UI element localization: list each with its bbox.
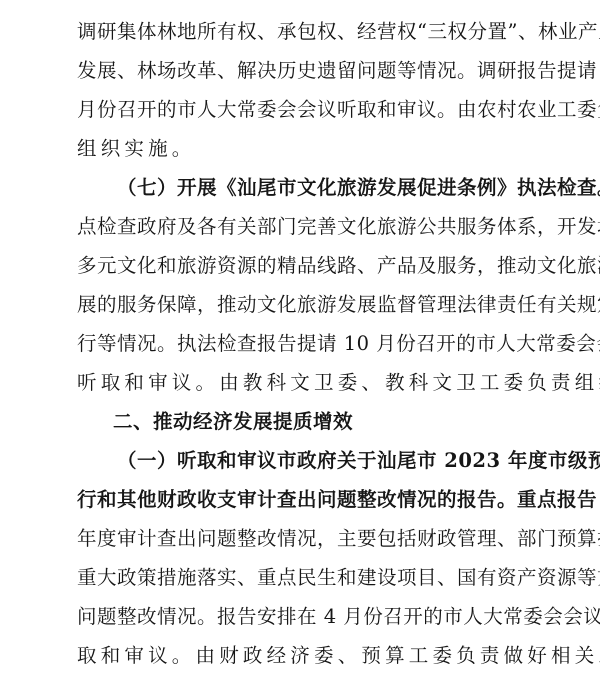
item-lead-line: （一）听取和审议市政府关于汕尾市 2023 年度市级预算执 <box>117 448 529 474</box>
text-line: 行等情况。执法检查报告提请 10 月份召开的市人大常委会会议 <box>77 331 529 357</box>
item-7-lead: （七）开展《汕尾市文化旅游发展促进条例》执法检查。重 <box>117 176 600 199</box>
text-line: 重大政策措施落实、重点民生和建设项目、国有资产资源等方面 <box>77 565 529 591</box>
item-1-lead: （一）听取和审议市政府关于汕尾市 2023 年度市级预算执 <box>117 449 600 472</box>
text-line: 月份召开的市人大常委会会议听取和审议。由农村农业工委负责 <box>77 97 529 123</box>
document-page: 调研集体林地所有权、承包权、经营权“三权分置”、林业产业 发展、林场改革、解决历… <box>0 0 600 699</box>
section-heading: 二、推动经济发展提质增效 <box>113 409 565 435</box>
text-line: 多元文化和旅游资源的精品线路、产品及服务，推动文化旅游发 <box>77 253 529 279</box>
text-line: 组织实施。 <box>77 136 529 162</box>
text-line: 调研集体林地所有权、承包权、经营权“三权分置”、林业产业 <box>77 19 529 45</box>
text-line: 行和其他财政收支审计查出问题整改情况的报告。重点报告 2023 <box>77 487 529 513</box>
text-line: 年度审计查出问题整改情况，主要包括财政管理、部门预算执行、 <box>77 526 529 552</box>
text-line: 问题整改情况。报告安排在 4 月份召开的市人大常委会会议上听 <box>77 604 529 630</box>
text-line: 取和审议。由财政经济委、预算工委负责做好相关工作。 <box>77 643 529 669</box>
text-line: 发展、林场改革、解决历史遗留问题等情况。调研报告提请 10 <box>77 58 529 84</box>
item-lead-line: （七）开展《汕尾市文化旅游发展促进条例》执法检查。重 <box>117 175 529 201</box>
text-line: 听取和审议。由教科文卫委、教科文卫工委负责组织实施。 <box>77 370 529 396</box>
text-line: 点检查政府及各有关部门完善文化旅游公共服务体系，开发培育 <box>77 214 529 240</box>
text-line: 展的服务保障，推动文化旅游发展监督管理法律责任有关规定执 <box>77 292 529 318</box>
